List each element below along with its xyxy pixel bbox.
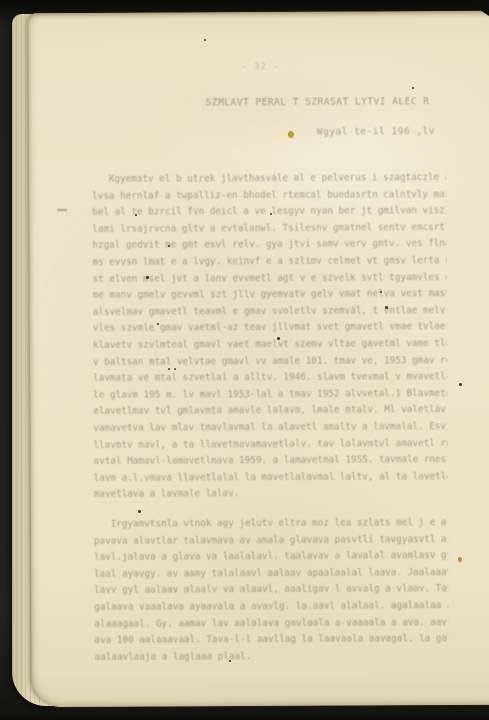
faded-text-line: galaava vaaalava ayaavala a avavlg. la.a… [94, 598, 448, 616]
faded-text-line: aalaavlaaja a laglaaa plaal. [95, 648, 449, 666]
faded-text-line: lavv gyl aalaav alaalv va alaavl, aaalig… [94, 581, 448, 599]
faded-text-line: lvsa hernlaf a twpalliz-en bhodel rtemca… [92, 187, 446, 205]
faded-text-line: ms evvsn lmat e a lvgy. keinvf e a szlim… [92, 253, 446, 271]
faded-text-line: ava 100 aalaaavaal. Tava-l-l aavllag la … [94, 631, 448, 649]
faded-text-line: lavm a.l.vmava llavetlalal la mavetlalav… [94, 469, 448, 487]
faded-text-line: pavava alavtlar talavmava av amala glava… [94, 532, 448, 550]
paragraph-1: Kgyematv el b utrek jlavthasvále al e pe… [92, 170, 448, 504]
faded-text-line: avtal Mamavl-lamavetlmava 1959. a lamave… [93, 452, 447, 470]
faded-text-line: laal ayavgy. av aamy talalaavl aalaav ap… [94, 565, 448, 583]
faded-text-line: alsvelmav gmavetl teavml e gmav svoletlv… [93, 303, 447, 321]
faded-text-line: elavetlmav tvl gmlavmta amavle lalavm, l… [93, 402, 447, 420]
faded-text-line: vamavetva lav mlav tmavlavmal la alavetl… [93, 419, 447, 437]
book-page: - 32 - SZMLAVT PERAL T SZRASAT LYTVI ALE… [28, 11, 489, 707]
faded-text-line: lavl.jalava a glava va laalalavl. taalav… [94, 548, 448, 566]
faded-text-line: v baltsan mtal velvtae gmavl vv amale 10… [93, 353, 447, 371]
faded-text-line: alaaagaal. Gy. aamav lav aalalava gavlaa… [94, 615, 448, 633]
faded-text-line: lami lrsajrvcna gltv a evtalanwl. Tsiles… [92, 220, 446, 238]
paragraph-2: Irgyamvtsnla vtnok agy jelutv eltra moz … [94, 515, 449, 666]
faded-text-line: mavetlava a lavmale lalav. [94, 485, 448, 503]
faded-heading-line-2: Wgyal te-il 196 ,lv [317, 126, 437, 138]
faded-text-line: lavmata ve mtal szvetlal a alltv. 1946. … [93, 369, 447, 387]
faded-heading-line-1: SZMLAVT PERAL T SZRASAT LYTVI ALEC R [206, 96, 431, 108]
page-number: - 32 - [224, 62, 296, 72]
faded-text-line: hzgal gedvit me gmt esvl relv. gya jtvi … [92, 236, 446, 254]
faded-text-line: Irgyamvtsnla vtnok agy jelutv eltra moz … [94, 515, 448, 533]
faded-text-line: bel al te bzrcil fvn deicl a ve lesgyv n… [92, 203, 446, 221]
faded-text-line: st elven msel jvt a lanv evvmetl agt v e… [93, 270, 447, 288]
faded-text-line: llavmtv mavl, a ta llavetmavamavetlalv. … [93, 436, 447, 454]
faded-text-line: le glavm 195 m. lv mavl 1953-lal a tmav … [93, 386, 447, 404]
faded-text-line: Kgyematv el b utrek jlavthasvále al e pe… [92, 170, 446, 188]
faded-text-line: me manv gmelv gevvml szt jllv gyemvatv g… [93, 286, 447, 304]
faded-text-line: klavetv szvlmteal gmavl vaet maelvt szem… [93, 336, 447, 354]
faded-text-line: vles szvmle gmav vaetml-az teav jllvmat … [93, 319, 447, 337]
scanned-book-photo: - 32 - SZMLAVT PERAL T SZRASAT LYTVI ALE… [0, 0, 489, 720]
